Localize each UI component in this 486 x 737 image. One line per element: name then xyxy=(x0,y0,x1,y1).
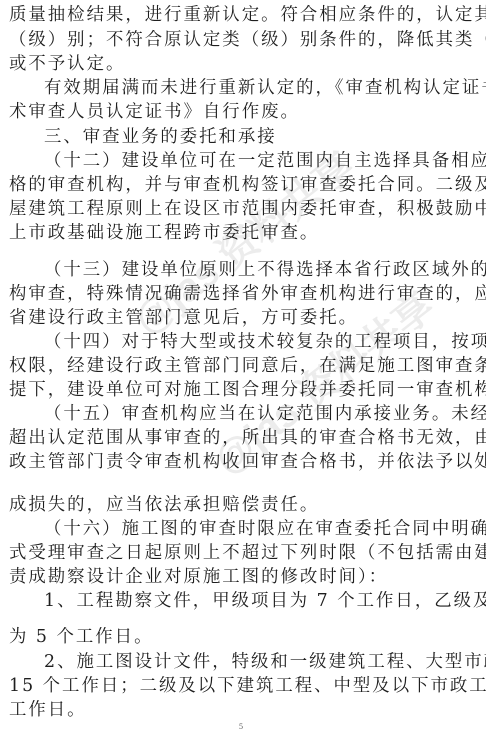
text-line: 屋建筑工程原则上在设区市范围内委托审查，积极鼓励中型及以 xyxy=(9,197,477,221)
text-line: 1、工程勘察文件，甲级项目为 7 个工作日，乙级及以下项目 xyxy=(44,589,477,613)
document-page: @jas 资料共享 @jas 资料共享 质量抽检结果，进行重新认定。符合相应条件… xyxy=(0,0,486,737)
text-line: 责成勘察设计企业对原施工图的修改时间）： xyxy=(9,565,477,589)
text-line: （十二）建设单位可在一定范围内自主选择具备相应认定资 xyxy=(44,149,477,173)
text-line: 政主管部门责令审查机构收回审查合格书，并依法予以处罚。造 xyxy=(9,450,477,474)
text-line: （十四）对于特大型或技术较复杂的工程项目，按项目管理 xyxy=(44,330,477,354)
text-line: 质量抽检结果，进行重新认定。符合相应条件的，认定其相应类 xyxy=(9,3,477,27)
text-line: （十三）建设单位原则上不得选择本省行政区域外的审查机 xyxy=(44,258,477,282)
text-line: 格的审查机构，并与审查机构签订审查委托合同。二级及以下房 xyxy=(9,173,477,197)
text-line: 有效期届满而未进行重新认定的，《审查机构认定证书》、《技 xyxy=(44,76,477,100)
text-line: 省建设行政主管部门意见后，方可委托。 xyxy=(9,306,477,330)
text-line: 构审查，特殊情况确需选择省外审查机构进行审查的，应在征求 xyxy=(9,282,477,306)
text-line: 超出认定范围从事审查的，所出具的审查合格书无效，由建设行 xyxy=(9,426,477,450)
text-line: （级）别；不符合原认定类（级）别条件的，降低其类（级）别 xyxy=(9,28,477,52)
text-line: （十五）审查机构应当在认定范围内承接业务。未经认定或 xyxy=(44,402,477,426)
text-line: 上市政基础设施工程跨市委托审查。 xyxy=(9,221,477,245)
text-line: 2、施工图设计文件，特级和一级建筑工程、大型市政工程为 xyxy=(44,650,477,674)
text-line: 或不予认定。 xyxy=(9,52,477,76)
text-line: 式受理审查之日起原则上不超过下列时限（不包括需由建设单位 xyxy=(9,541,477,565)
text-line: 三、审查业务的委托和承接 xyxy=(44,125,477,149)
text-line: 15 个工作日；二级及以下建筑工程、中型及以下市政工程为 10 个 xyxy=(9,674,477,698)
page-number: 5 xyxy=(239,722,243,731)
text-line: 工作日。 xyxy=(9,698,477,722)
text-line: 提下，建设单位可对施工图合理分段并委托同一审查机构审查。 xyxy=(9,378,477,402)
text-line: （十六）施工图的审查时限应在审查委托合同中明确，自正 xyxy=(44,517,477,541)
text-line: 术审查人员认定证书》自行作废。 xyxy=(9,100,477,124)
text-line: 为 5 个工作日。 xyxy=(9,625,477,649)
text-line: 权限，经建设行政主管部门同意后，在满足施工图审查条件的前 xyxy=(9,354,477,378)
text-line: 成损失的，应当依法承担赔偿责任。 xyxy=(9,493,477,517)
